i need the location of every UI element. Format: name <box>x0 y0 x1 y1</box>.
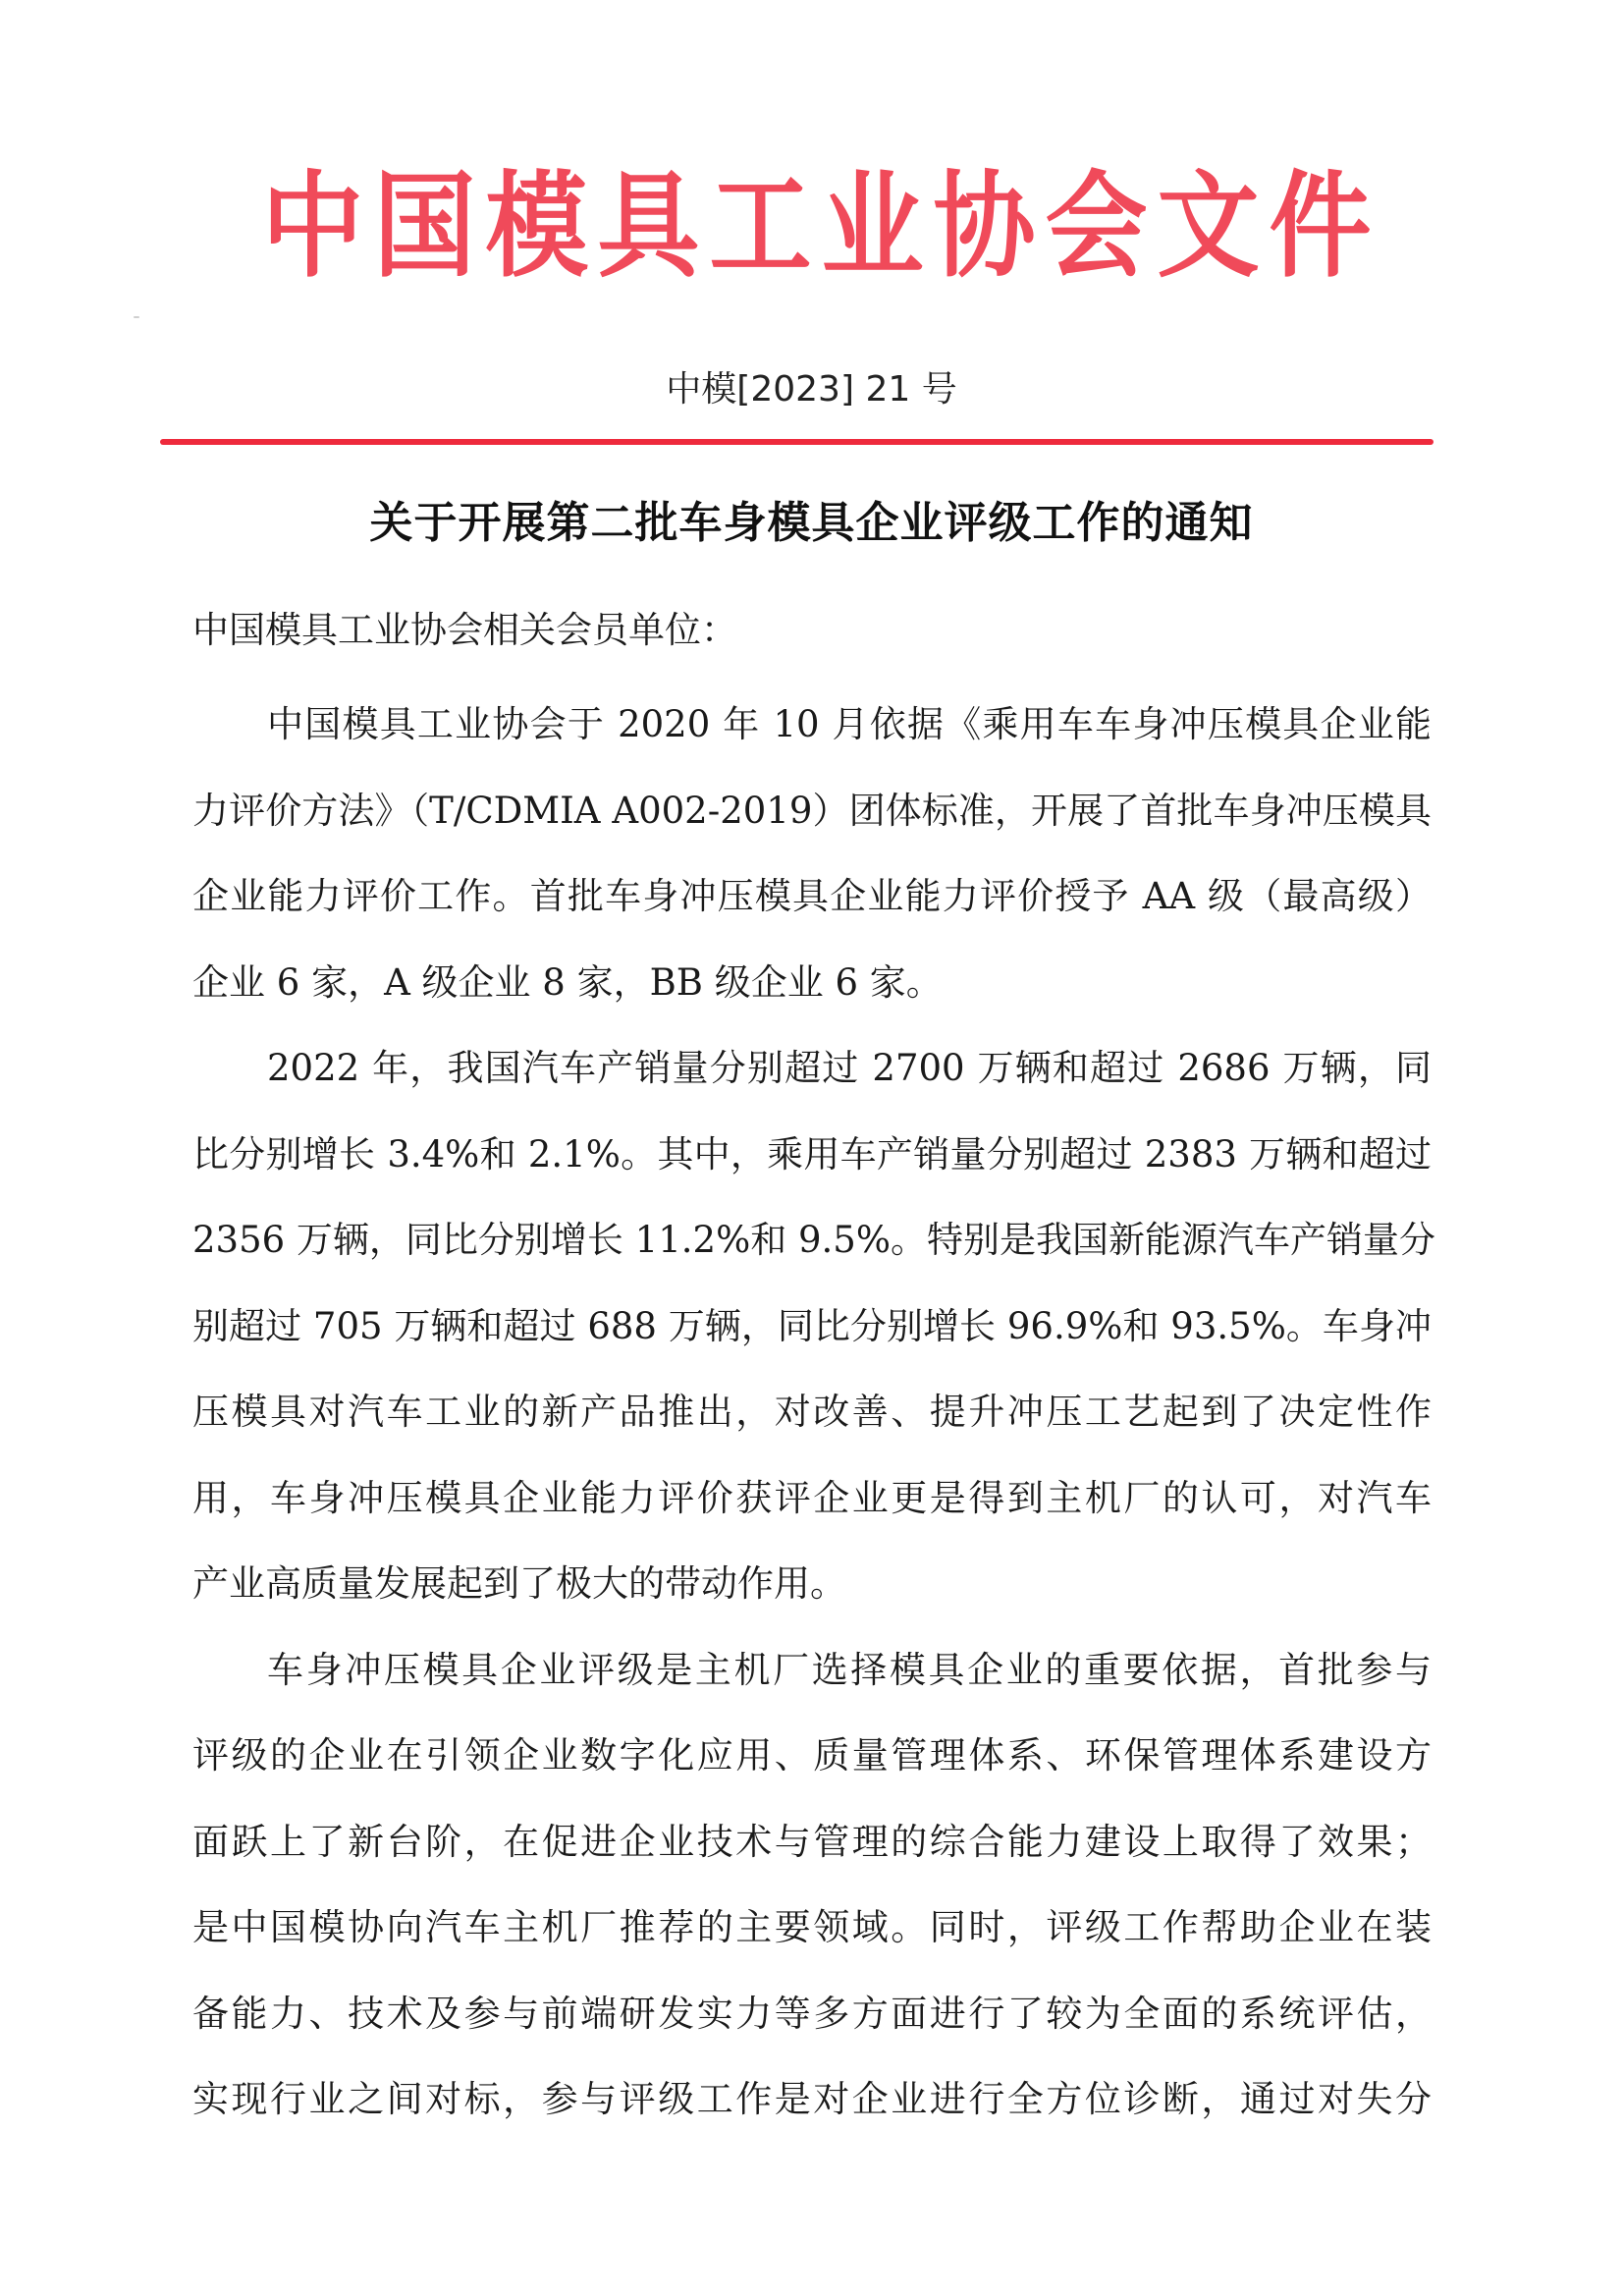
paragraph-line: 是中国模协向汽车主机厂推荐的主要领域。同时，评级工作帮助企业在装 <box>192 1885 1432 1971</box>
paragraph-line: 产业高质量发展起到了极大的带动作用。 <box>192 1541 1432 1627</box>
paragraph-line: 用，车身冲压模具企业能力评价获评企业更是得到主机厂的认可，对汽车 <box>192 1455 1432 1542</box>
paragraph-line: 力评价方法》（T/CDMIA A002-2019）团体标准，开展了首批车身冲压模… <box>192 768 1432 854</box>
document-body: 中国模具工业协会相关会员单位： 中国模具工业协会于 2020 年 10 月依据《… <box>192 597 1432 2143</box>
red-header-divider <box>160 439 1434 445</box>
document-number: 中模[2023] 21 号 <box>0 365 1623 414</box>
paragraph-line: 企业 6 家，A 级企业 8 家，BB 级企业 6 家。 <box>192 940 1432 1026</box>
paragraph-line: 2356 万辆，同比分别增长 11.2%和 9.5%。特别是我国新能源汽车产销量… <box>192 1197 1432 1284</box>
paragraph-line: 别超过 705 万辆和超过 688 万辆，同比分别增长 96.9%和 93.5%… <box>192 1284 1432 1370</box>
paragraph-line: 企业能力评价工作。首批车身冲压模具企业能力评价授予 AA 级（最高级） <box>192 853 1432 940</box>
notice-title: 关于开展第二批车身模具企业评级工作的通知 <box>0 491 1623 556</box>
paragraph-line: 面跃上了新台阶，在促进企业技术与管理的综合能力建设上取得了效果； <box>192 1799 1432 1886</box>
issuing-organization-header: 中国模具工业协会文件 <box>0 154 1623 298</box>
paragraph-1: 中国模具工业协会于 2020 年 10 月依据《乘用车车身冲压模具企业能 力评价… <box>192 682 1432 1025</box>
paragraph-line: 实现行业之间对标，参与评级工作是对企业进行全方位诊断，通过对失分 <box>192 2056 1432 2143</box>
paragraph-line: 车身冲压模具企业评级是主机厂选择模具企业的重要依据，首批参与 <box>192 1627 1432 1714</box>
paragraph-line: 比分别增长 3.4%和 2.1%。其中，乘用车产销量分别超过 2383 万辆和超… <box>192 1112 1432 1198</box>
paragraph-line: 评级的企业在引领企业数字化应用、质量管理体系、环保管理体系建设方 <box>192 1713 1432 1799</box>
document-page: 中国模具工业协会文件 中模[2023] 21 号 关于开展第二批车身模具企业评级… <box>0 0 1623 2296</box>
paragraph-line: 中国模具工业协会于 2020 年 10 月依据《乘用车车身冲压模具企业能 <box>192 682 1432 768</box>
paragraph-2: 2022 年，我国汽车产销量分别超过 2700 万辆和超过 2686 万辆，同 … <box>192 1025 1432 1627</box>
paragraph-line: 备能力、技术及参与前端研发实力等多方面进行了较为全面的系统评估， <box>192 1971 1432 2057</box>
paragraph-3: 车身冲压模具企业评级是主机厂选择模具企业的重要依据，首批参与 评级的企业在引领企… <box>192 1627 1432 2143</box>
paragraph-line: 2022 年，我国汽车产销量分别超过 2700 万辆和超过 2686 万辆，同 <box>192 1025 1432 1112</box>
scan-artifact <box>134 316 139 318</box>
salutation: 中国模具工业协会相关会员单位： <box>192 597 1432 664</box>
paragraph-line: 压模具对汽车工业的新产品推出，对改善、提升冲压工艺起到了决定性作 <box>192 1369 1432 1455</box>
